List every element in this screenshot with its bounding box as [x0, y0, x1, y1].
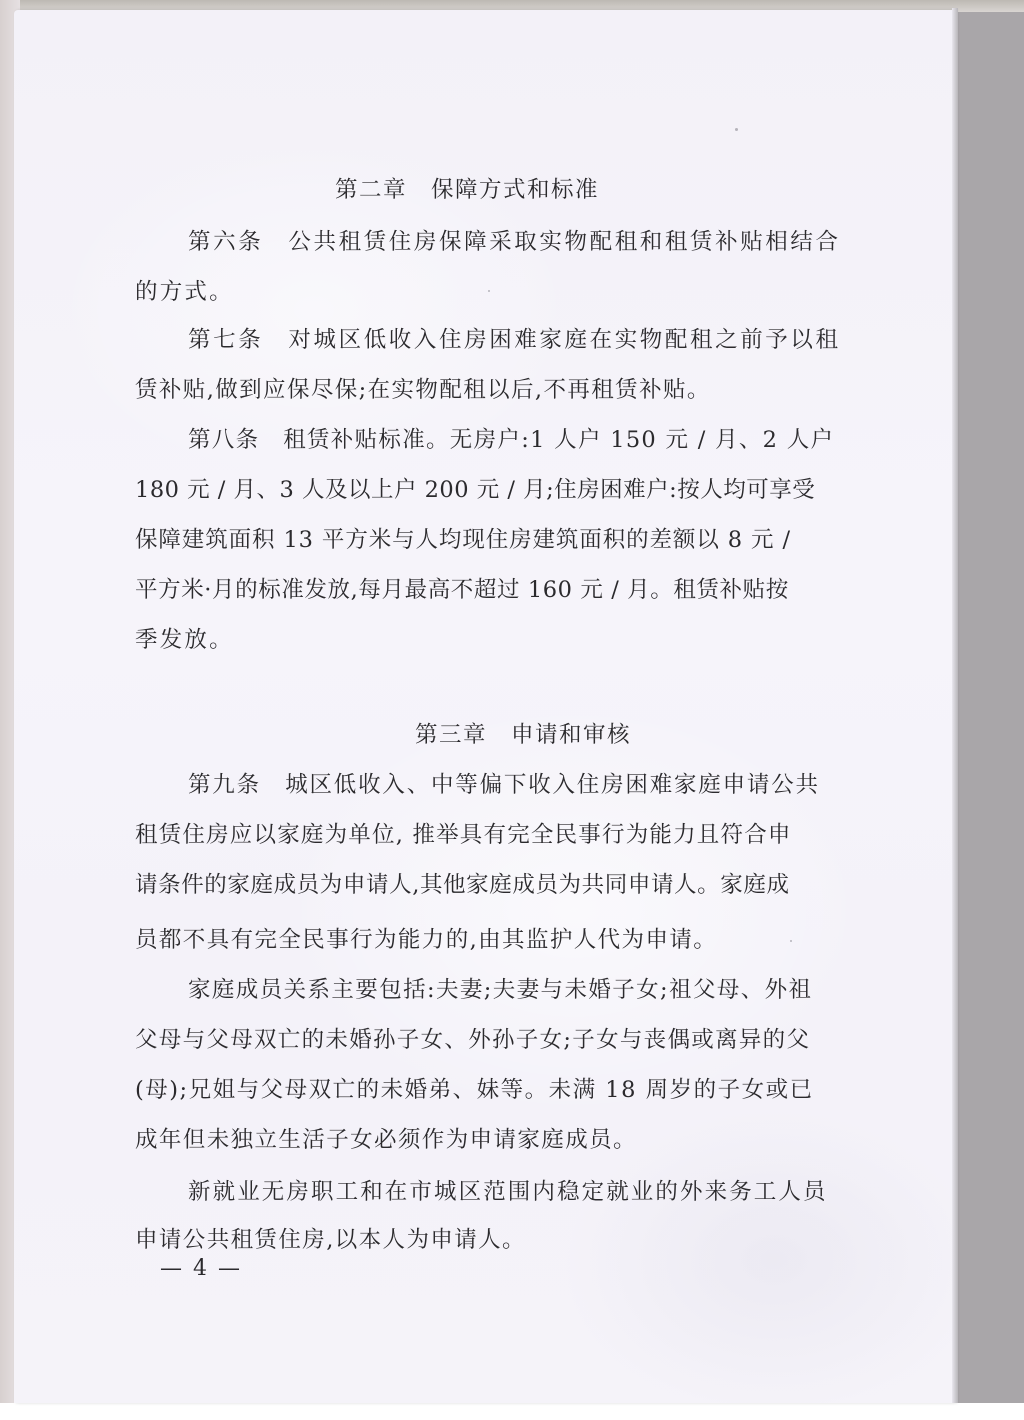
article-8-line-2: 180 元 / 月、3 人及以上户 200 元 / 月;住房困难户:按人均可享受	[135, 475, 815, 505]
page-number: — 4 —	[160, 1256, 242, 1281]
article-9-line-1: 第九条 城区低收入、中等偏下收入住房困难家庭申请公共	[188, 770, 820, 800]
article-8-line-3: 保障建筑面积 13 平方米与人均现住房建筑面积的差额以 8 元 /	[135, 525, 791, 555]
scan-speck	[735, 128, 738, 131]
article-9-line-2: 租赁住房应以家庭为单位, 推举具有完全民事行为能力且符合申	[135, 820, 792, 850]
family-members-line-1: 家庭成员关系主要包括:夫妻;夫妻与未婚子女;祖父母、外祖	[188, 975, 812, 1005]
article-6-line-1: 第六条 公共租赁住房保障采取实物配租和租赁补贴相结合	[188, 227, 841, 257]
article-6-line-2: 的方式。	[135, 277, 234, 307]
article-8-line-4: 平方米·月的标准发放,每月最高不超过 160 元 / 月。租赁补贴按	[135, 575, 789, 605]
new-employees-line-1: 新就业无房职工和在市城区范围内稳定就业的外来务工人员	[188, 1177, 828, 1207]
family-members-line-3: (母);兄姐与父母双亡的未婚弟、妹等。未满 18 周岁的子女或已	[135, 1075, 814, 1105]
scan-speck	[488, 290, 490, 292]
family-members-line-4: 成年但未独立生活子女必须作为申请家庭成员。	[135, 1125, 637, 1155]
chapter-3-title: 第三章 申请和审核	[415, 720, 631, 750]
article-8-line-1: 第八条 租赁补贴标准。无房户:1 人户 150 元 / 月、2 人户	[188, 425, 834, 455]
page-right-edge	[952, 8, 958, 1403]
chapter-2-title: 第二章 保障方式和标准	[335, 175, 599, 205]
article-8-line-5: 季发放。	[135, 625, 234, 655]
family-members-line-2: 父母与父母双亡的未婚孙子女、外孙子女;子女与丧偶或离异的父	[135, 1025, 810, 1055]
article-7-line-1: 第七条 对城区低收入住房困难家庭在实物配租之前予以租	[188, 325, 841, 355]
new-employees-line-2: 申请公共租赁住房,以本人为申请人。	[135, 1225, 526, 1255]
article-9-line-3: 请条件的家庭成员为申请人,其他家庭成员为共同申请人。家庭成	[135, 870, 790, 900]
article-9-line-4: 员都不具有完全民事行为能力的,由其监护人代为申请。	[135, 925, 717, 955]
article-7-line-2: 赁补贴,做到应保尽保;在实物配租以后,不再租赁补贴。	[135, 375, 711, 405]
scan-speck	[790, 940, 792, 942]
